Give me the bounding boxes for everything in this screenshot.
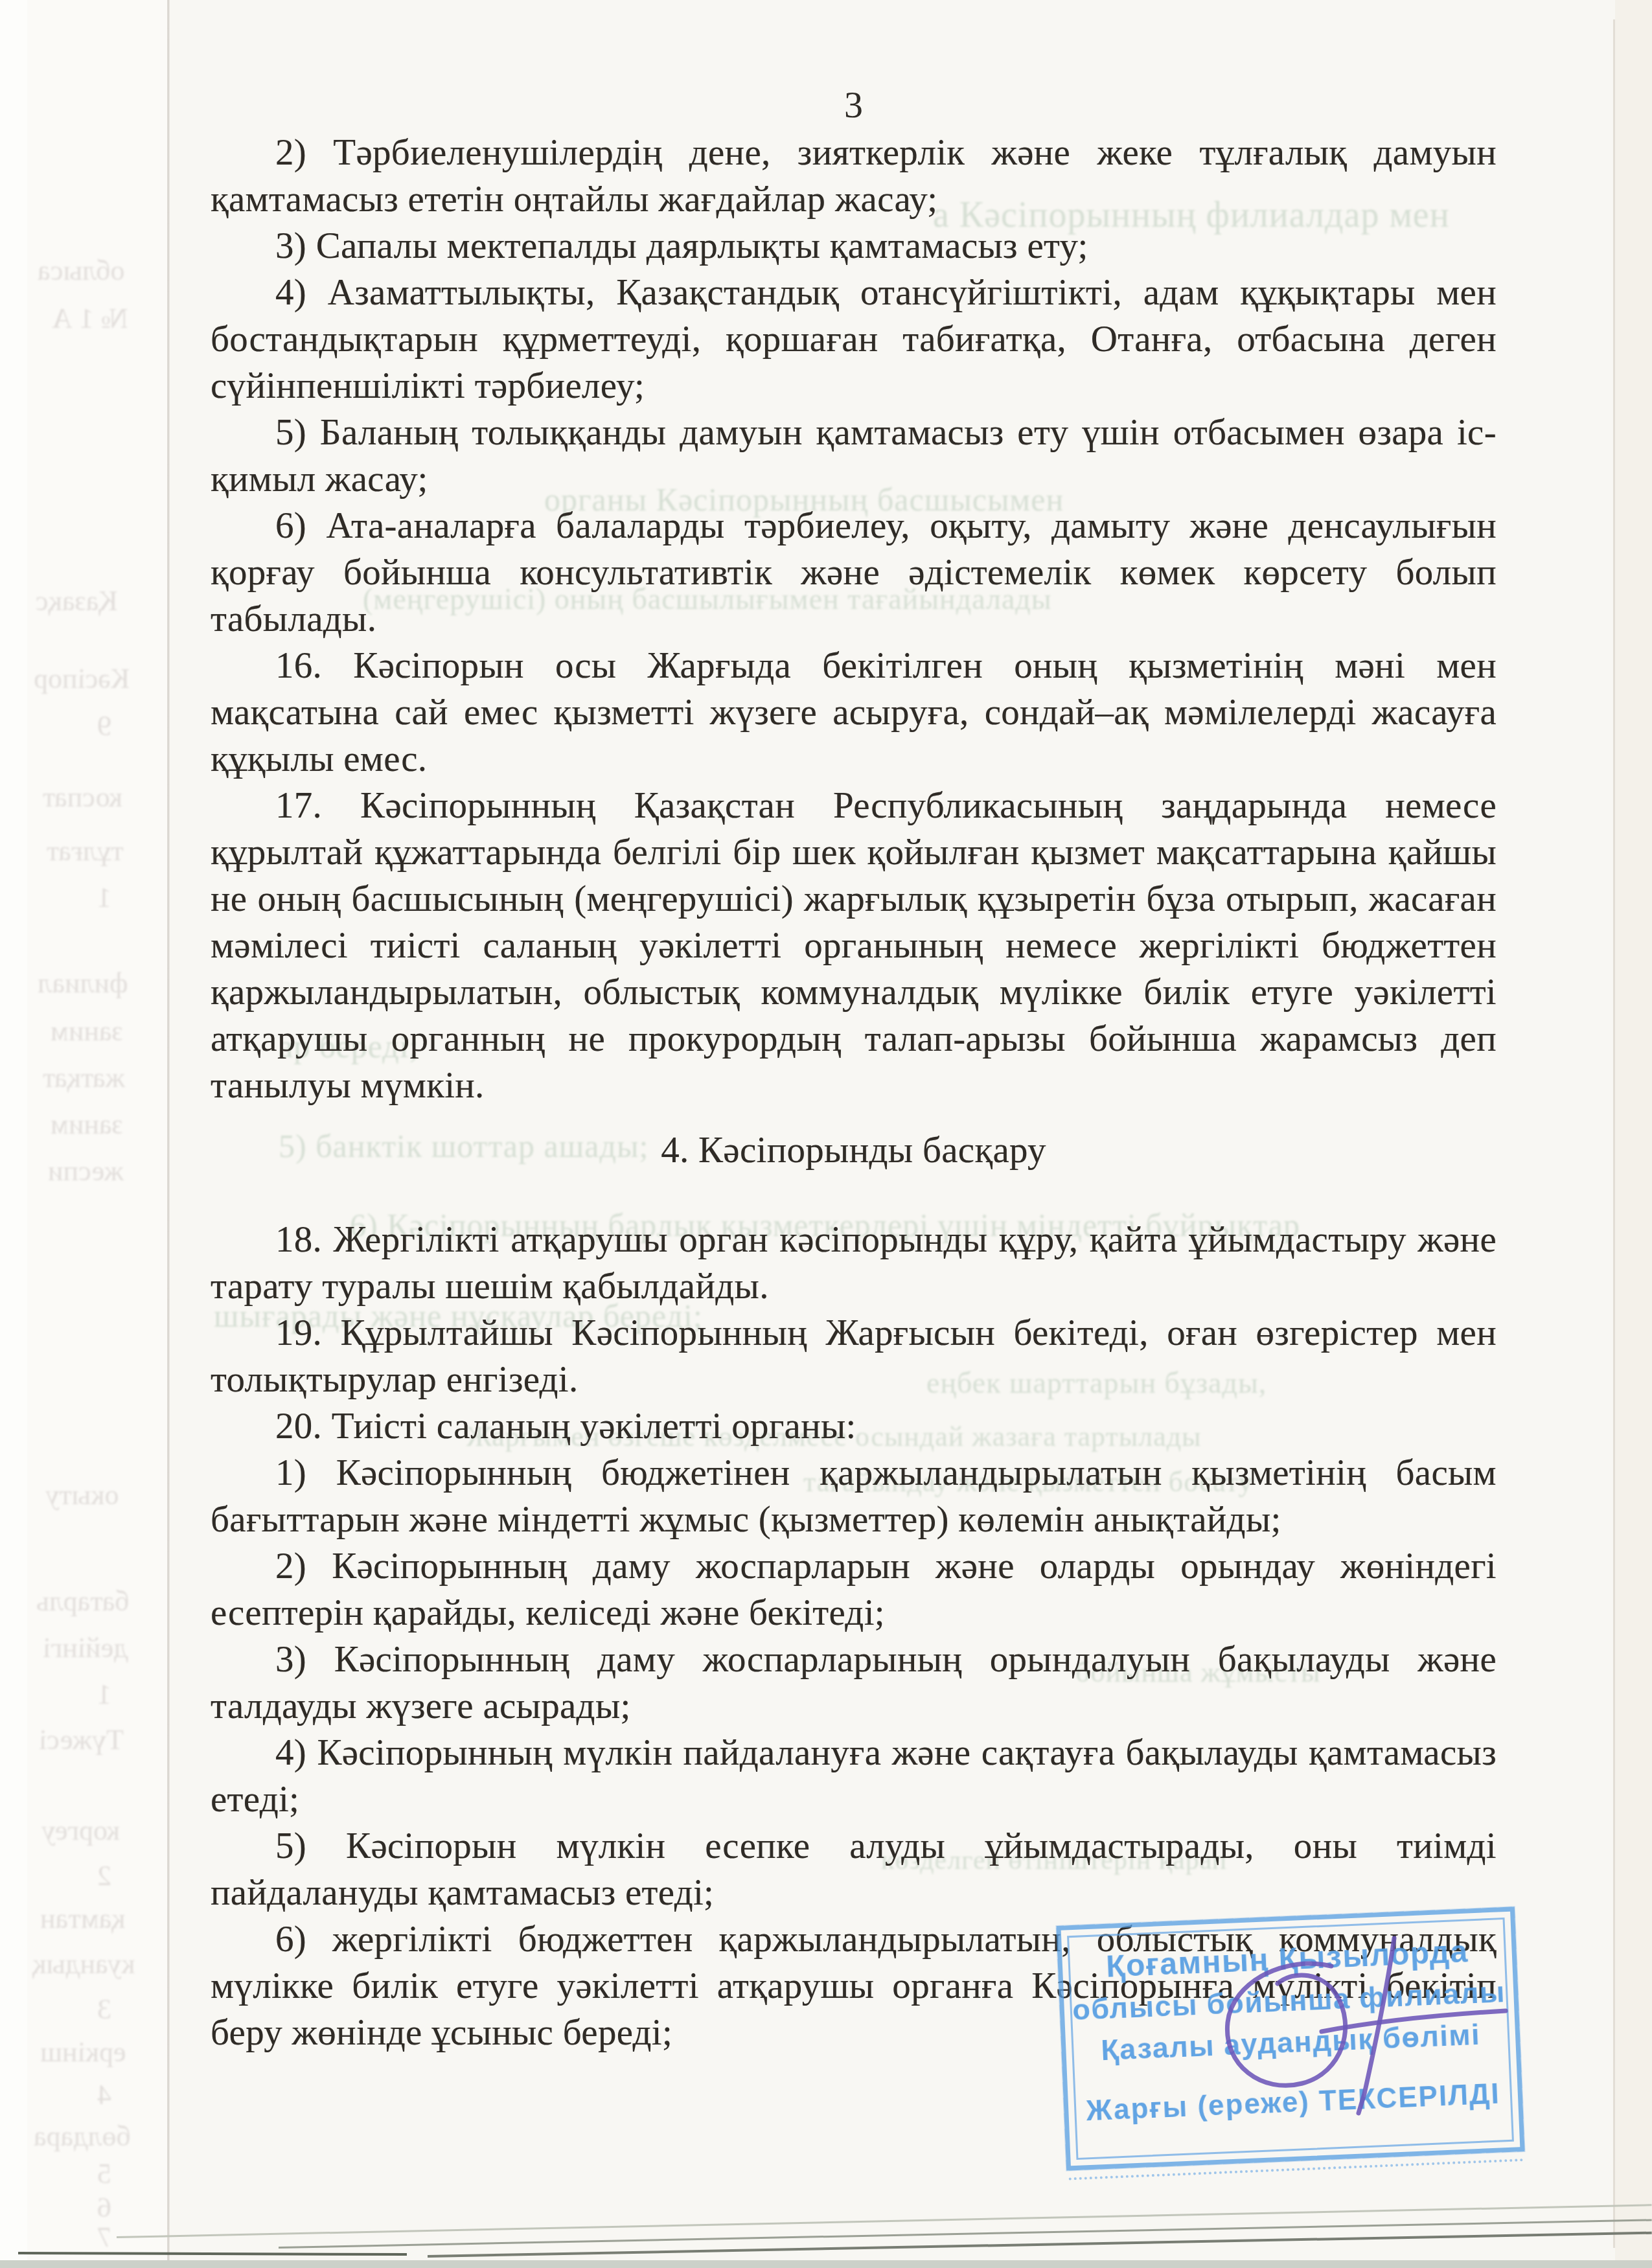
margin-ghost-text: коспат [43,781,122,814]
scan-left-edge [0,0,27,2268]
margin-ghost-text: Кәсіпор [34,662,130,695]
margin-ghost-text: 1 [97,881,111,914]
paragraph: 3) Кәсіпорынның даму жоспарларының орынд… [211,1636,1497,1730]
paragraph: 6) Ата-аналарға балаларды тәрбиелеу, оқы… [211,503,1497,643]
margin-ghost-text: филиал [38,967,128,1000]
paragraph: 5) Баланың толыққанды дамуын қамтамасыз … [211,409,1497,503]
margin-ghost-text: 2 [97,1859,111,1892]
verification-stamp: Қоғамның Қызылорда облысы бойынша филиал… [1056,1907,1524,2170]
paragraph: 19. Құрылтайшы Кәсіпорынның Жарғысын бек… [211,1310,1497,1403]
scanner-bottom-strip [0,2260,1652,2268]
margin-ghost-text: окыту [45,1478,119,1511]
margin-ghost-text: Түжесі [39,1723,124,1756]
margin-ghost-text: облыса [38,254,124,287]
sheet-edge-line [117,2204,1652,2238]
paragraph: 17. Кәсіпорынның Қазақстан Республикасын… [211,783,1497,1109]
margin-ghost-text: 6 [97,2191,111,2224]
paragraph: 1) Кәсіпорынның бюджетінен қаржыландырыл… [211,1450,1497,1543]
margin-ghost-text: куандық [32,1947,135,1980]
paragraph: 2) Кәсіпорынның даму жоспарларын және ол… [211,1543,1497,1636]
page-fold-line [167,0,170,2268]
margin-ghost-text: жатқат [43,1061,125,1094]
paragraph: 4) Азаматтылықты, Қазақстандық отансүйгі… [211,269,1497,409]
margin-ghost-text: батарль [36,1585,130,1618]
paragraph: 18. Жергілікті атқарушы орган кәсіпорынд… [211,1217,1497,1310]
margin-ghost-text: 7 [97,2221,111,2254]
margin-ghost-text: заним [51,1014,123,1048]
margin-ghost-text: тұлғат [47,834,124,867]
paragraph: 5) Кәсіпорын мүлкін есепке алуды ұйымдас… [211,1823,1497,1916]
paragraph: 4) Кәсіпорынның мүлкін пайдалануға және … [211,1730,1497,1823]
scan-right-edge [1615,0,1652,2268]
paragraph: 20. Тиісті саланың уәкілетті органы: [211,1403,1497,1450]
margin-ghost-text: жеспи [48,1154,124,1187]
margin-ghost-text: еркінш [40,2035,126,2068]
margin-ghost-text: коргеу [41,1814,120,1847]
page-number: 3 [211,83,1497,126]
margin-ghost-text: бөлдара [34,2120,131,2153]
margin-ghost-text: дейінгі [43,1631,128,1664]
section-heading: 4. Кәсіпорынды басқару [211,1127,1497,1174]
margin-ghost-text: 5 [97,2157,111,2190]
paragraph: 2) Тәрбиеленушілердің дене, зияткерлік ж… [211,130,1497,223]
margin-ghost-text: 1 [97,1678,111,1711]
margin-ghost-text: № 1 А [52,302,128,335]
scanned-document-page: облыса№ 1 АҚазақсКәсіпор9коспаттұлғат1фи… [0,0,1652,2268]
paragraph: 16. Кәсіпорын осы Жарғыда бекітілген оны… [211,643,1497,783]
margin-ghost-text: қамтан [40,1902,126,1935]
margin-ghost-text: заним [51,1108,123,1141]
sheet-edge-line [428,2232,1652,2258]
page-right-edge-line [1613,19,1615,2248]
margin-ghost-text: Қазақс [36,584,118,617]
margin-ghost-text: 9 [97,709,111,742]
margin-ghost-text: 3 [97,1993,111,2026]
stamp-microtext-line [1069,2159,1524,2180]
paragraph: 3) Сапалы мектепалды даярлықты қамтамасы… [211,223,1497,269]
text-block: 2) Тәрбиеленушілердің дене, зияткерлік ж… [211,130,1497,2056]
margin-ghost-text: 4 [97,2078,111,2111]
